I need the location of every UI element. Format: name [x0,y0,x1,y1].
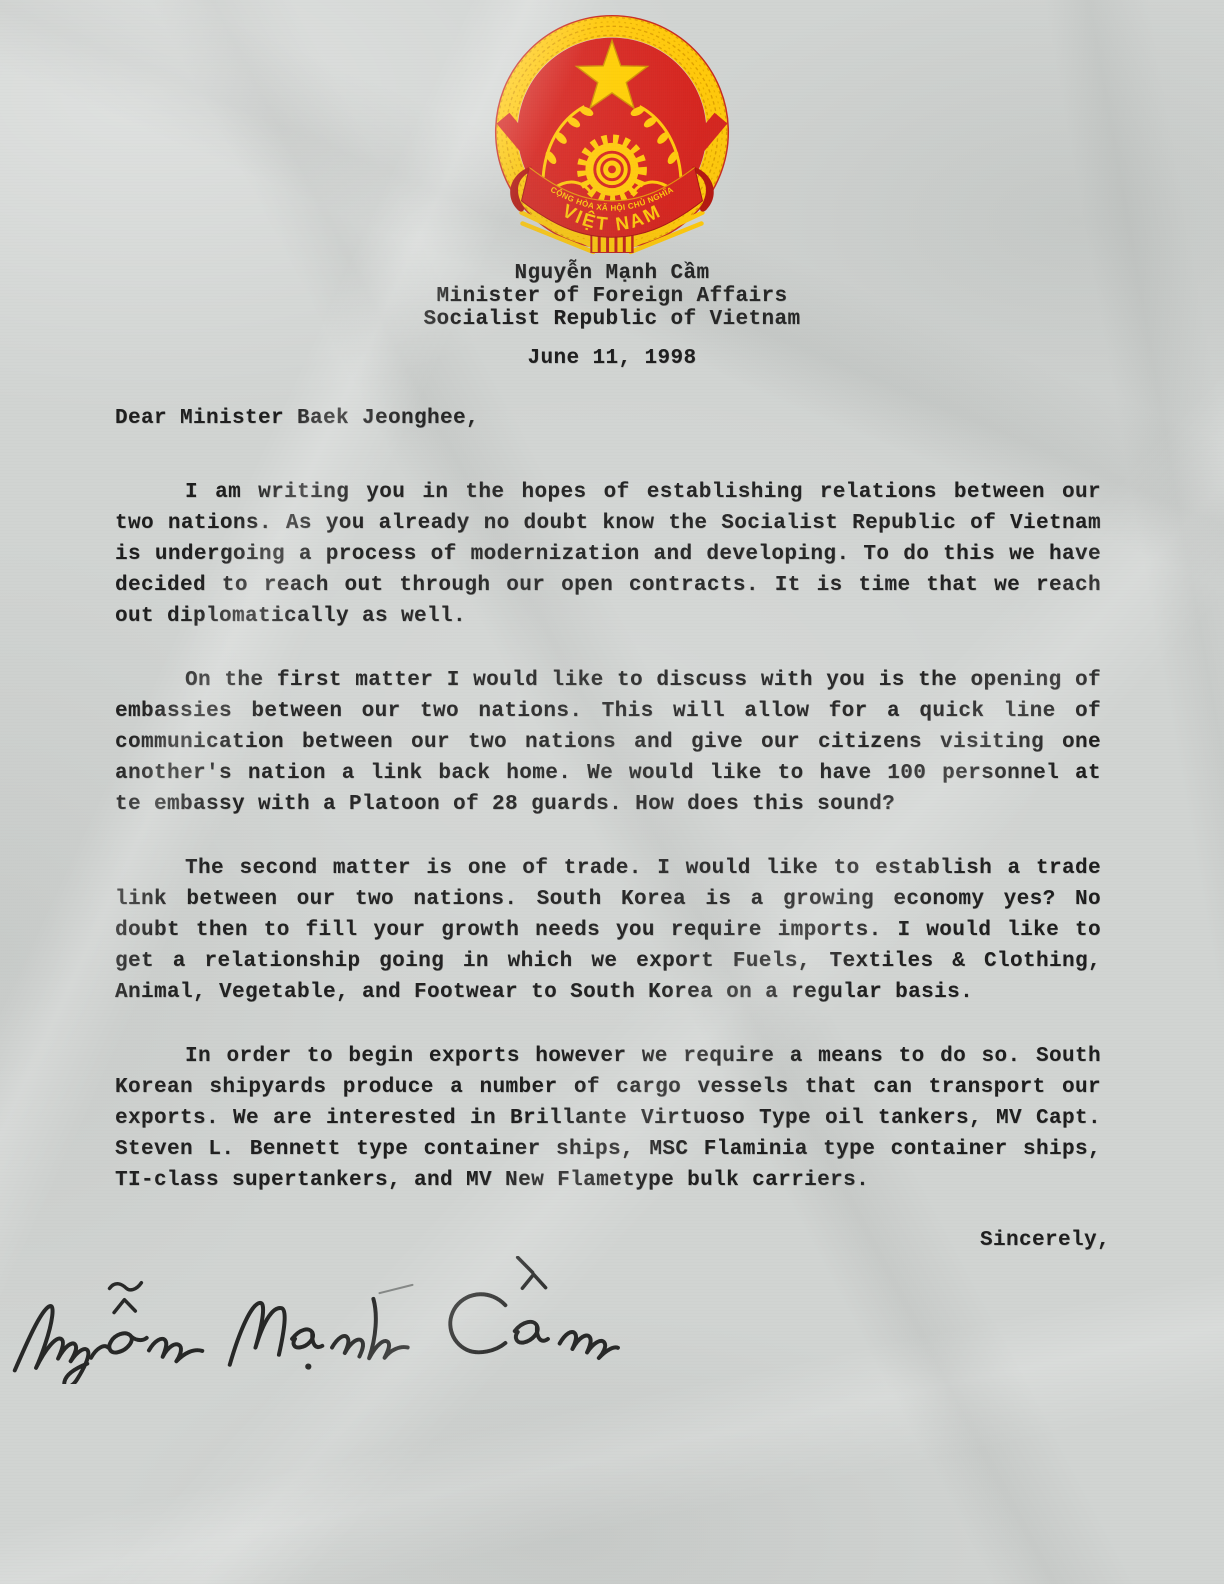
signature-script [0,1256,620,1384]
paragraph-2: On the first matter I would like to disc… [115,665,1101,820]
vietnam-coat-of-arms-icon: CỘNG HÒA XÃ HỘI CHỦ NGHĨA VIỆT NAM [492,8,732,256]
paragraph-4: In order to begin exports however we req… [115,1041,1101,1196]
letterhead-title: Minister of Foreign Affairs [0,285,1224,308]
letter-body: Dear Minister Baek Jeonghee, I am writin… [115,403,1101,1196]
letterhead: Nguyễn Mạnh Cầm Minister of Foreign Affa… [0,262,1224,331]
letter-page: CỘNG HÒA XÃ HỘI CHỦ NGHĨA VIỆT NAM Nguyễ… [0,0,1224,1584]
letterhead-name: Nguyễn Mạnh Cầm [0,262,1224,285]
letter-date: June 11, 1998 [0,347,1224,370]
letterhead-country: Socialist Republic of Vietnam [0,308,1224,331]
paragraph-3: The second matter is one of trade. I wou… [115,853,1101,1008]
paragraph-1: I am writing you in the hopes of establi… [115,477,1101,632]
closing-sincerely: Sincerely, [0,1229,1110,1252]
salutation: Dear Minister Baek Jeonghee, [115,403,1101,434]
